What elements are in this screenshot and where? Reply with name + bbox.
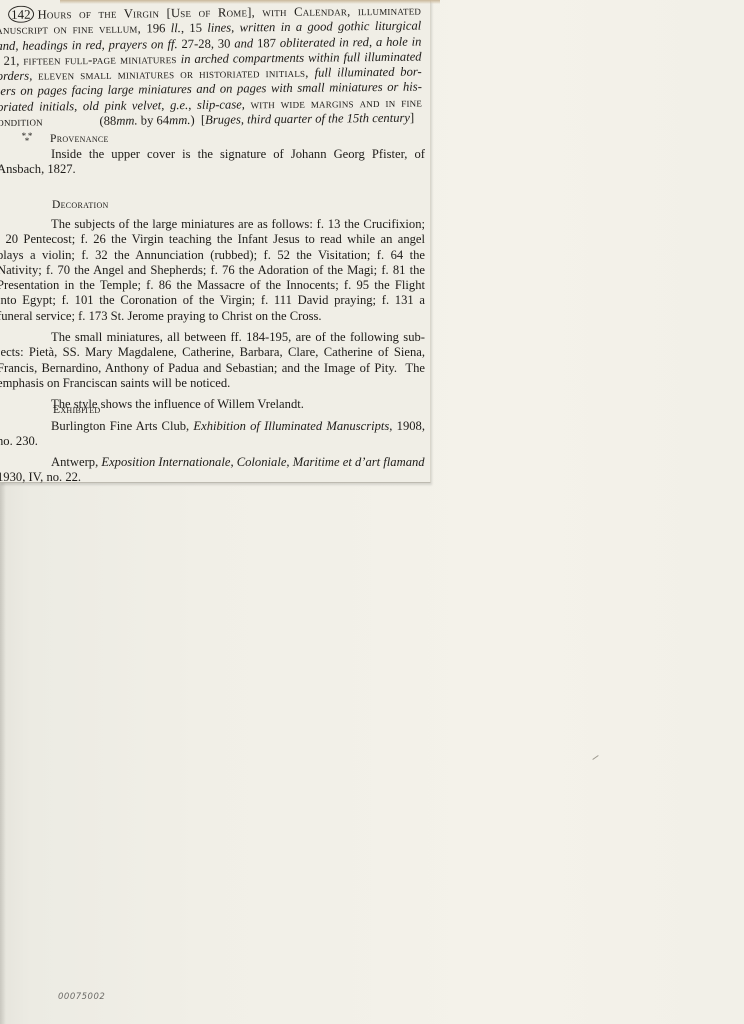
exhibited-section: Burlington Fine Arts Club, Exhibition of… [0,419,425,485]
text-line: funeral service; f. 173 St. Jerome prayi… [0,309,425,324]
exhibited-heading: Exhibited [53,404,101,416]
text-line: The subjects of the large miniatures are… [0,217,425,232]
text-line: jects: Pietà, SS. Mary Magdalene, Cather… [0,345,425,360]
text-line: Burlington Fine Arts Club, Exhibition of… [0,419,425,434]
paragraph: Antwerp, Exposition Internationale, Colo… [0,455,425,486]
text-line: Nativity; f. 70 the Angel and Shepherds;… [0,263,425,278]
text-line: . 20 Pentecost; f. 26 the Virgin teachin… [0,232,425,247]
text-line: plays a violin; f. 32 the Annunciation (… [0,248,425,263]
paragraph: The small miniatures, all between ff. 18… [0,330,425,391]
provenance-section: Inside the upper cover is the signature … [0,147,425,178]
text-line: The small miniatures, all between ff. 18… [0,330,425,345]
decoration-section: The subjects of the large miniatures are… [0,217,425,413]
catalogue-clipping: 142Hours of the Virgin [Use of Rome], wi… [0,0,431,483]
paragraph: The subjects of the large miniatures are… [0,217,425,324]
text-line: Presentation in the Temple; f. 86 the Ma… [0,278,425,293]
text-line: Inside the upper cover is the signature … [0,147,425,162]
text-line: Francis, Bernardino, Anthony of Padua an… [0,361,425,376]
text-line: emphasis on Franciscan saints will be no… [0,376,425,391]
text-line: into Egypt; f. 101 the Coronation of the… [0,293,425,308]
asterism-ornament: * ** [20,134,34,144]
provenance-heading: Provenance [50,133,109,145]
text-line: Ansbach, 1827. [0,162,425,177]
text-line: no. 230. [0,434,425,449]
inventory-number: 00075002 [58,992,105,1002]
text-line: Antwerp, Exposition Internationale, Colo… [0,455,425,470]
text-line: 1930, IV, no. 22. [0,470,425,485]
lot-number-badge: 142 [8,6,34,23]
lot-description: 142Hours of the Virgin [Use of Rome], wi… [0,2,422,131]
pen-mark [592,755,598,760]
decoration-heading: Decoration [52,199,109,211]
paragraph: Burlington Fine Arts Club, Exhibition of… [0,419,425,450]
lot-text-line: ondition (88mm. by 64mm.) [Bruges, third… [0,111,422,131]
paragraph: Inside the upper cover is the signature … [0,147,425,178]
